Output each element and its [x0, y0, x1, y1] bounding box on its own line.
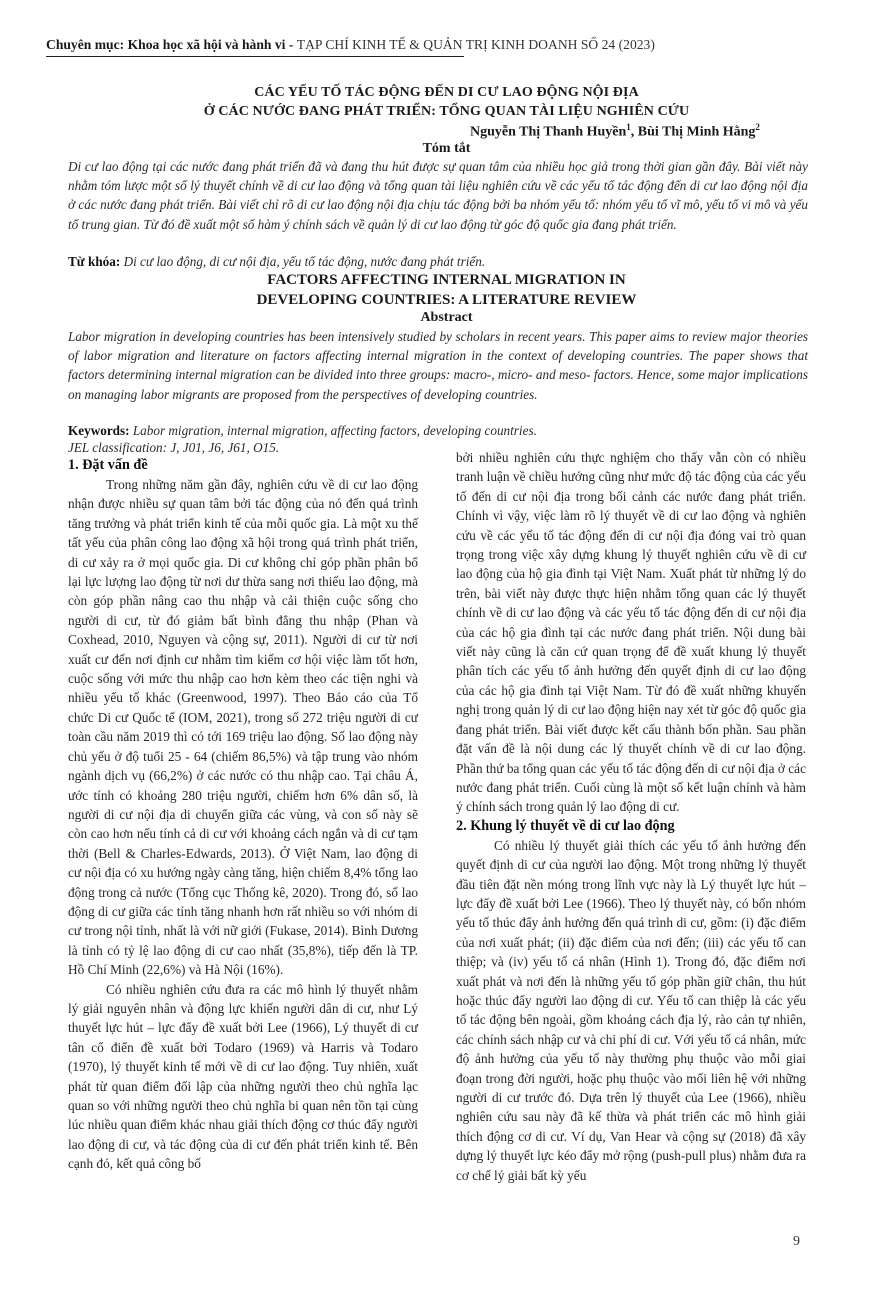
en-keywords-value: Labor migration, internal migration, aff… [133, 423, 537, 438]
authors: Nguyễn Thị Thanh Huyền1, Bùi Thị Minh Hằ… [470, 122, 760, 141]
vi-abstract-text: Di cư lao động tại các nước đang phát tr… [68, 157, 808, 234]
vi-keywords: Từ khóa: Di cư lao động, di cư nội địa, … [68, 252, 808, 271]
vi-keywords-value: Di cư lao động, di cư nội địa, yếu tố tá… [124, 254, 486, 269]
running-header: Chuyên mục: Khoa học xã hội và hành vi -… [46, 36, 464, 54]
page-number: 9 [793, 1234, 800, 1250]
section-1-paragraph-2-continued: bởi nhiều nghiên cứu thực nghiệm cho thấ… [456, 448, 806, 817]
header-journal: TẠP CHÍ KINH TẾ & QUẢN TRỊ KINH DOANH SỐ… [297, 37, 655, 52]
vi-abstract-heading: Tóm tắt [0, 141, 893, 157]
vi-title-line2: Ở CÁC NƯỚC ĐANG PHÁT TRIỂN: TỔNG QUAN TÀ… [0, 102, 893, 121]
column-left: 1. Đặt vấn đề Trong những năm gần đây, n… [68, 456, 418, 1174]
section-2-heading: 2. Khung lý thuyết về di cư lao động [456, 817, 806, 836]
en-title-line2: DEVELOPING COUNTRIES: A LITERATURE REVIE… [0, 290, 893, 310]
section-1-paragraph-2: Có nhiều nghiên cứu đưa ra các mô hình l… [68, 980, 418, 1174]
en-title-line1: FACTORS AFFECTING INTERNAL MIGRATION IN [0, 270, 893, 290]
author-2: Bùi Thị Minh Hằng [638, 125, 756, 140]
section-2-paragraph-1: Có nhiều lý thuyết giải thích các yếu tố… [456, 836, 806, 1185]
author-2-affiliation: 2 [755, 122, 760, 132]
paper-page: Chuyên mục: Khoa học xã hội và hành vi -… [0, 0, 893, 1292]
header-separator: - [285, 37, 296, 52]
en-abstract-heading: Abstract [0, 310, 893, 326]
header-rule [46, 56, 464, 57]
vi-keywords-label: Từ khóa: [68, 254, 120, 269]
en-abstract-text: Labor migration in developing countries … [68, 327, 808, 404]
author-separator: , [631, 125, 638, 140]
header-section: Chuyên mục: Khoa học xã hội và hành vi [46, 37, 285, 52]
section-1-heading: 1. Đặt vấn đề [68, 456, 418, 475]
column-right: bởi nhiều nghiên cứu thực nghiệm cho thấ… [456, 448, 806, 1185]
author-1: Nguyễn Thị Thanh Huyền [470, 125, 626, 140]
vi-title-line1: CÁC YẾU TỐ TÁC ĐỘNG ĐẾN DI CƯ LAO ĐỘNG N… [0, 83, 893, 102]
section-1-paragraph-1: Trong những năm gần đây, nghiên cứu về d… [68, 475, 418, 980]
en-keywords-label: Keywords: [68, 423, 130, 438]
